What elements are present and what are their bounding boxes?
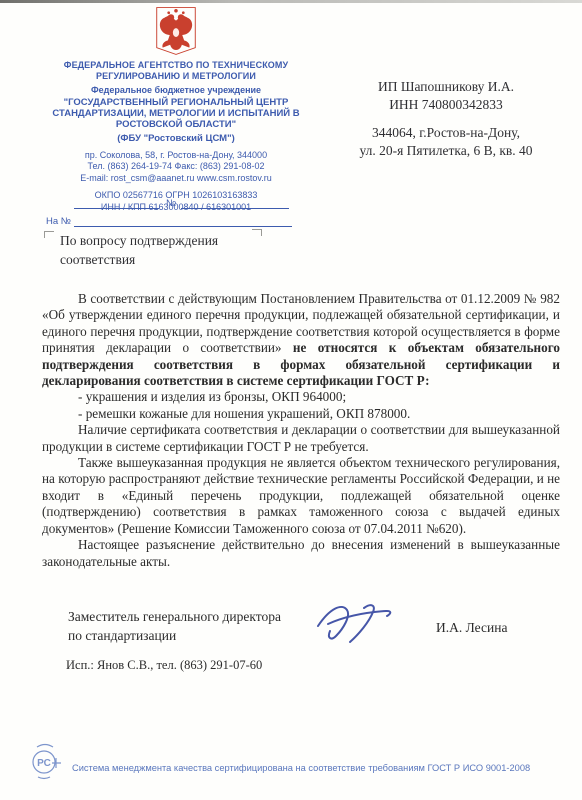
date-blank-line [74,208,159,209]
org-address: пр. Соколова, 58, г. Ростов-на-Дону, 344… [36,150,316,162]
na-number-label: На № [46,216,71,227]
quality-certification-note: Система менеджмента качества сертифициро… [72,763,572,773]
paragraph-3: Также вышеуказанная продукция не являетс… [42,455,560,537]
recipient-inn: ИНН 740800342833 [322,96,570,114]
quality-mark-logo-icon: РС [28,740,66,786]
recipient-city: 344064, г.Ростов-на-Дону, [322,124,570,142]
recipient-gap [322,114,570,124]
letter-page: ФЕДЕРАЛЬНОЕ АГЕНТСТВО ПО ТЕХНИЧЕСКОМУ РЕ… [0,0,582,800]
signer-title: Заместитель генерального директора по ст… [68,607,328,645]
number-label: № [166,198,176,209]
recipient-block: ИП Шапошникову И.А. ИНН 740800342833 344… [322,78,570,160]
na-number-blank-line [74,226,292,227]
subject-block: По вопросу подтверждения соответствия [44,229,262,269]
recipient-name: ИП Шапошникову И.А. [322,78,570,96]
org-phone-fax: Тел. (863) 264-19-74 Факс: (863) 291-08-… [36,161,316,173]
recipient-street: ул. 20-я Пятилетка, 6 В, кв. 40 [322,142,570,160]
institution-type: Федеральное бюджетное учреждение [36,85,316,96]
scan-edge-artifact [0,0,582,3]
logo-letters: РС [37,758,51,769]
paragraph-4: Настоящее разъяснение действительно до в… [42,537,560,570]
signer-title-line1: Заместитель генерального директора [68,607,328,626]
agency-name: ФЕДЕРАЛЬНОЕ АГЕНТСТВО ПО ТЕХНИЧЕСКОМУ РЕ… [36,60,316,81]
list-item-1: - украшения и изделия из бронзы, ОКП 964… [42,389,560,405]
signer-title-line2: по стандартизации [68,626,328,645]
corner-bracket-right-icon [252,229,262,236]
org-short-name: (ФБУ "Ростовский ЦСМ") [36,133,316,144]
org-name: "ГОСУДАРСТВЕННЫЙ РЕГИОНАЛЬНЫЙ ЦЕНТР СТАН… [51,97,301,130]
letterhead: ФЕДЕРАЛЬНОЕ АГЕНТСТВО ПО ТЕХНИЧЕСКОМУ РЕ… [36,6,316,213]
executor-line: Исп.: Янов С.В., тел. (863) 291-07-60 [66,658,262,673]
subject-text: По вопросу подтверждения соответствия [60,232,245,269]
outgoing-number-row: № [44,198,304,212]
double-headed-eagle-icon [155,6,197,56]
contact-block: пр. Соколова, 58, г. Ростов-на-Дону, 344… [36,150,316,185]
org-email-web: E-mail: rost_csm@aaanet.ru www.csm.rosto… [36,173,316,185]
handwritten-signature-icon [312,596,424,650]
number-blank-line [181,208,289,209]
paragraph-2: Наличие сертификата соответствия и декла… [42,422,560,455]
list-item-2: - ремешки кожаные для ношения украшений,… [42,406,560,422]
letter-body: В соответствии с действующим Постановлен… [42,291,560,570]
reference-block: № На № [44,198,304,231]
paragraph-1: В соответствии с действующим Постановлен… [42,291,560,389]
corner-bracket-left-icon [44,231,54,238]
signer-name: И.А. Лесина [436,620,507,636]
